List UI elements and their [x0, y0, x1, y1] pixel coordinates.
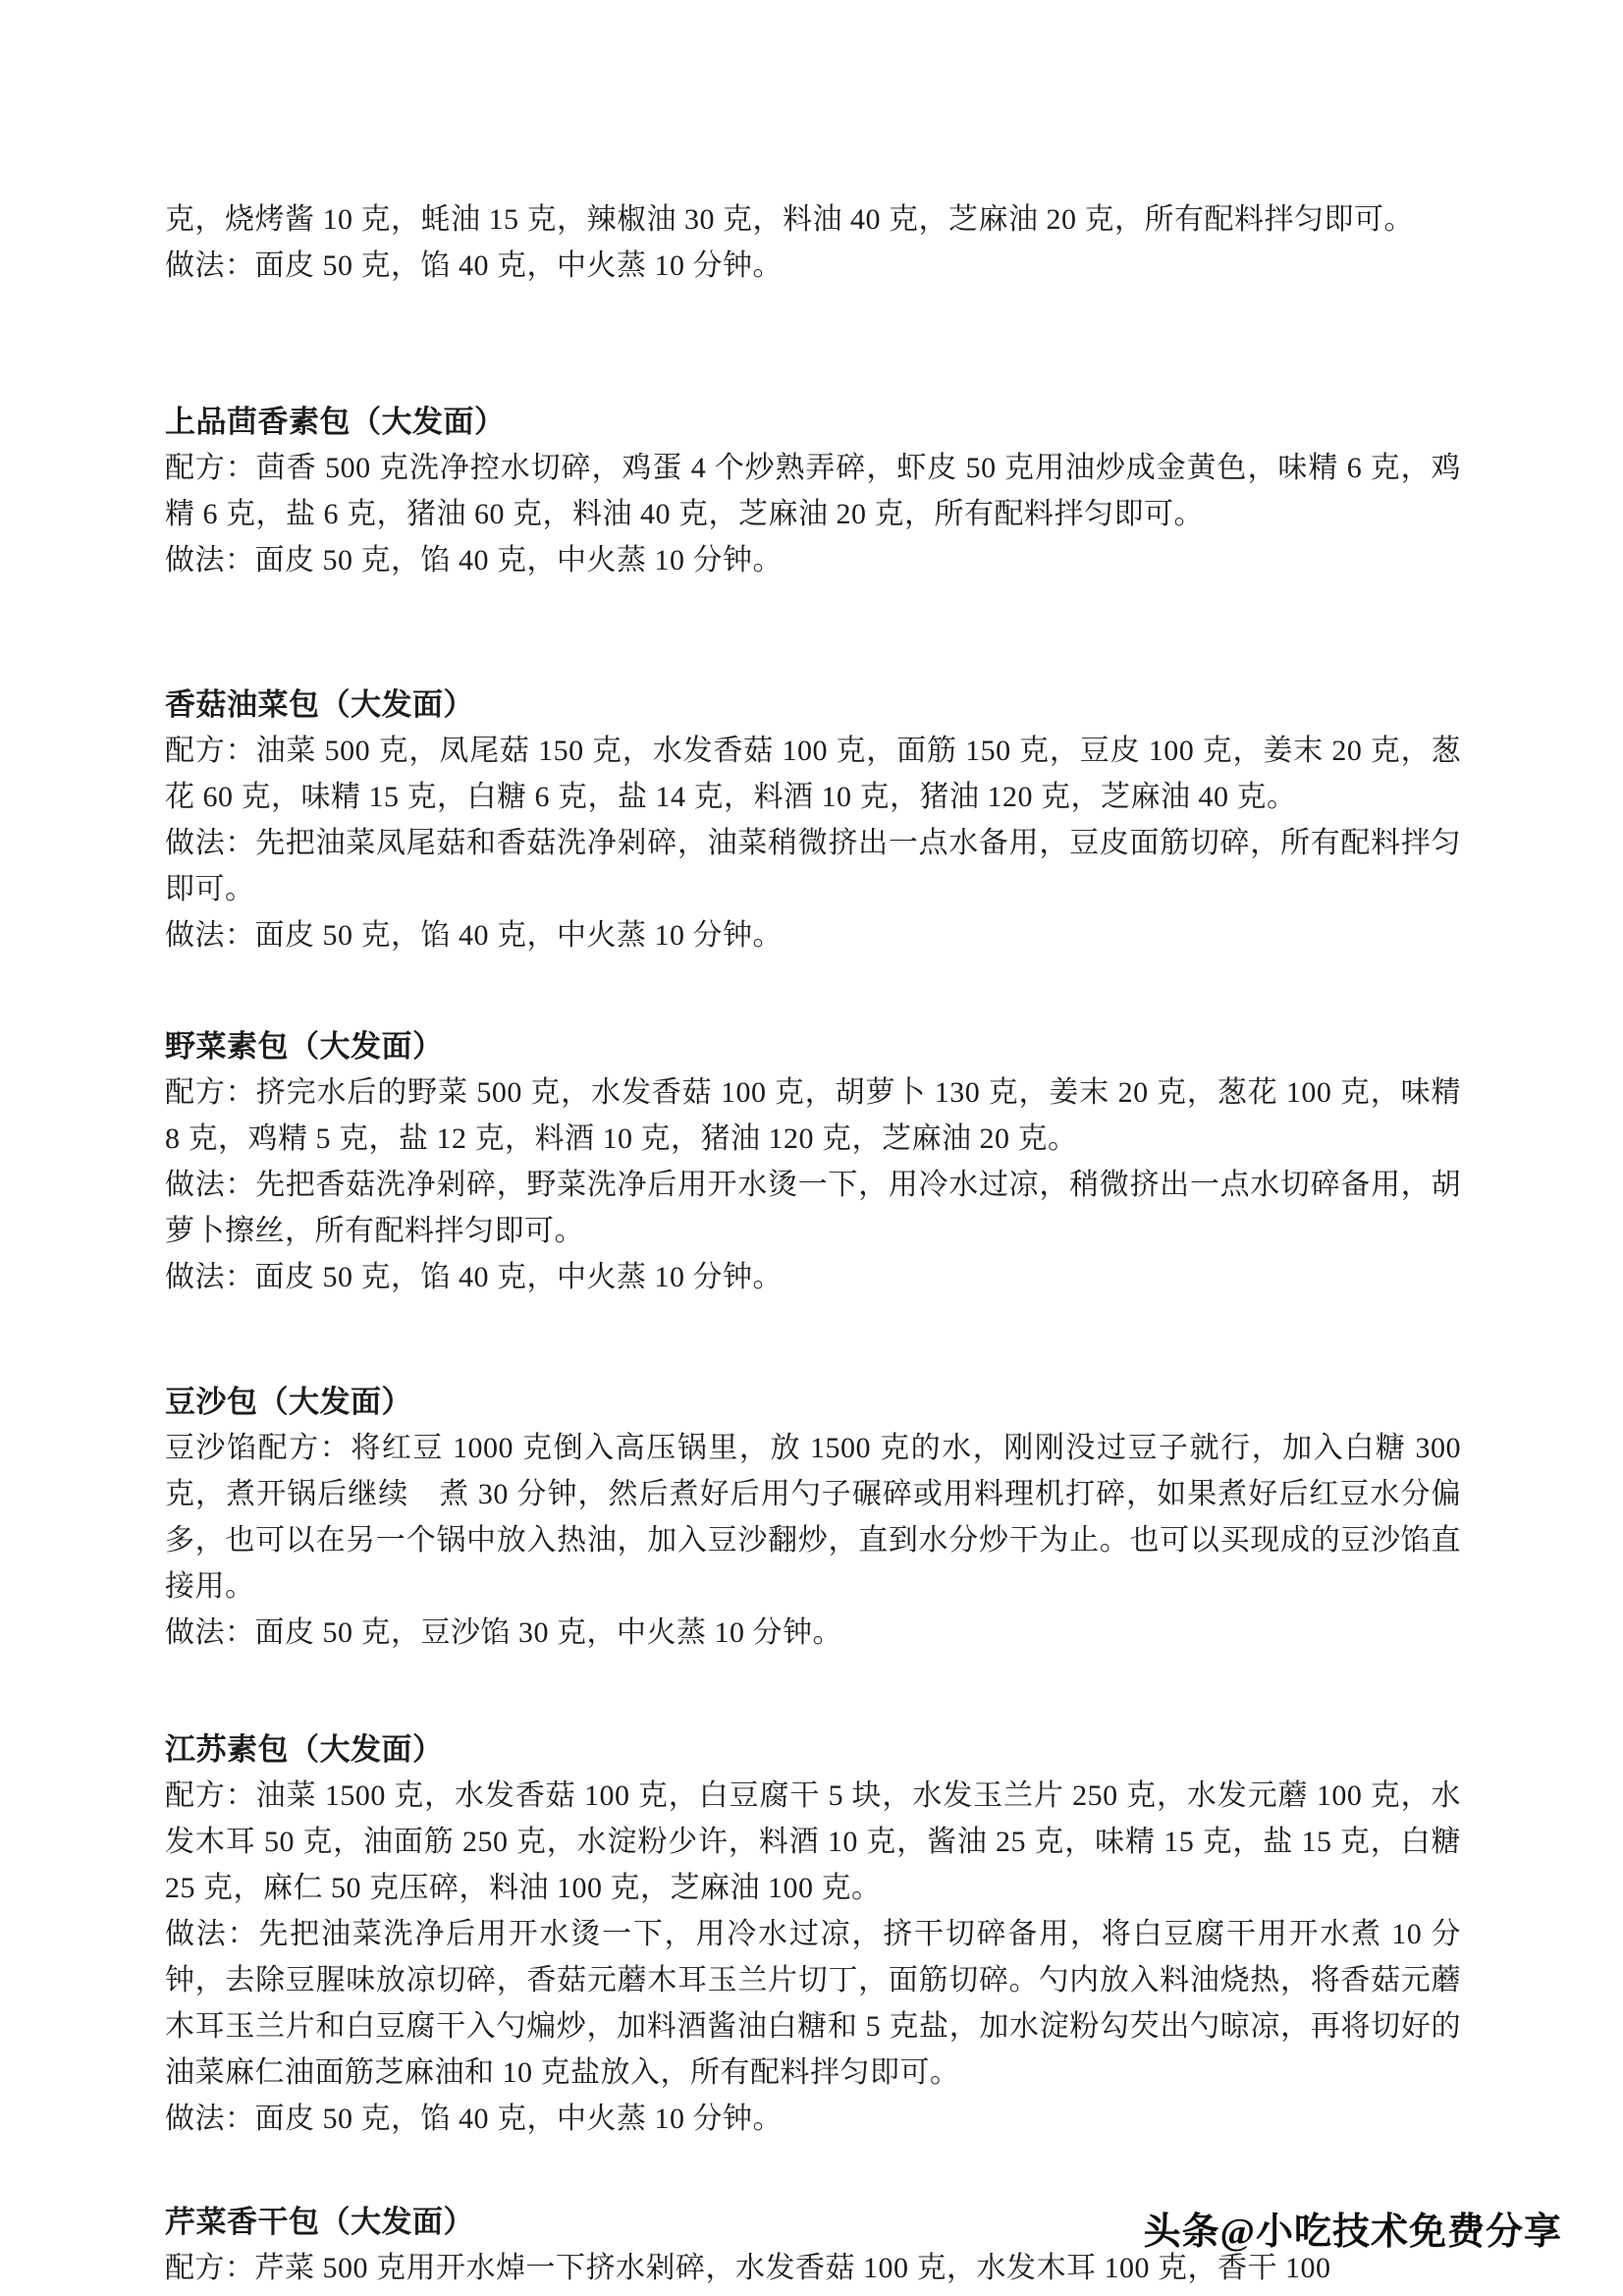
continuation-block: 克，烧烤酱 10 克，蚝油 15 克，辣椒油 30 克，料油 40 克，芝麻油 …: [165, 196, 1461, 289]
document-page: 克，烧烤酱 10 克，蚝油 15 克，辣椒油 30 克，料油 40 克，芝麻油 …: [0, 0, 1623, 2296]
recipe-paragraph: 做法：先把油菜凤尾菇和香菇洗净剁碎，油菜稍微挤出一点水备用，豆皮面筋切碎，所有配…: [165, 820, 1461, 912]
recipe-section: 豆沙包（大发面）豆沙馅配方：将红豆 1000 克倒入高压锅里，放 1500 克的…: [165, 1379, 1461, 1656]
recipe-paragraph: 做法：面皮 50 克，馅 40 克，中火蒸 10 分钟。: [165, 912, 1461, 958]
recipe-paragraph: 做法：先把油菜洗净后用开水烫一下，用冷水过凉，挤干切碎备用，将白豆腐干用开水煮 …: [165, 1911, 1461, 2096]
recipe-list: 上品茴香素包（大发面）配方：茴香 500 克洗净控水切碎，鸡蛋 4 个炒熟弄碎，…: [165, 399, 1461, 2291]
recipe-paragraph: 做法：面皮 50 克，馅 40 克，中火蒸 10 分钟。: [165, 537, 1461, 583]
recipe-paragraph: 做法：先把香菇洗净剁碎，野菜洗净后用开水烫一下，用冷水过凉，稍微挤出一点水切碎备…: [165, 1162, 1461, 1254]
recipe-paragraph: 豆沙馅配方：将红豆 1000 克倒入高压锅里，放 1500 克的水，刚刚没过豆子…: [165, 1425, 1461, 1610]
continuation-paragraph: 做法：面皮 50 克，馅 40 克，中火蒸 10 分钟。: [165, 243, 1461, 289]
recipe-title: 江苏素包（大发面）: [165, 1726, 1461, 1773]
watermark: 头条@小吃技术免费分享: [1144, 2201, 1562, 2255]
recipe-title: 上品茴香素包（大发面）: [165, 399, 1461, 445]
recipe-paragraph: 配方：油菜 500 克，凤尾菇 150 克，水发香菇 100 克，面筋 150 …: [165, 728, 1461, 820]
document-content: 克，烧烤酱 10 克，蚝油 15 克，辣椒油 30 克，料油 40 克，芝麻油 …: [165, 196, 1461, 2291]
recipe-paragraph: 做法：面皮 50 克，豆沙馅 30 克，中火蒸 10 分钟。: [165, 1610, 1461, 1656]
recipe-paragraph: 做法：面皮 50 克，馅 40 克，中火蒸 10 分钟。: [165, 2096, 1461, 2142]
recipe-section: 野菜素包（大发面）配方：挤完水后的野菜 500 克，水发香菇 100 克，胡萝卜…: [165, 1023, 1461, 1300]
recipe-paragraph: 做法：面皮 50 克，馅 40 克，中火蒸 10 分钟。: [165, 1254, 1461, 1300]
recipe-paragraph: 配方：油菜 1500 克，水发香菇 100 克，白豆腐干 5 块，水发玉兰片 2…: [165, 1773, 1461, 1911]
recipe-section: 香菇油菜包（大发面）配方：油菜 500 克，凤尾菇 150 克，水发香菇 100…: [165, 682, 1461, 958]
recipe-section: 上品茴香素包（大发面）配方：茴香 500 克洗净控水切碎，鸡蛋 4 个炒熟弄碎，…: [165, 399, 1461, 583]
recipe-title: 野菜素包（大发面）: [165, 1023, 1461, 1069]
recipe-title: 香菇油菜包（大发面）: [165, 682, 1461, 728]
recipe-section: 江苏素包（大发面）配方：油菜 1500 克，水发香菇 100 克，白豆腐干 5 …: [165, 1726, 1461, 2142]
recipe-title: 豆沙包（大发面）: [165, 1379, 1461, 1425]
recipe-paragraph: 配方：茴香 500 克洗净控水切碎，鸡蛋 4 个炒熟弄碎，虾皮 50 克用油炒成…: [165, 445, 1461, 537]
recipe-paragraph: 配方：挤完水后的野菜 500 克，水发香菇 100 克，胡萝卜 130 克，姜末…: [165, 1069, 1461, 1162]
continuation-paragraph: 克，烧烤酱 10 克，蚝油 15 克，辣椒油 30 克，料油 40 克，芝麻油 …: [165, 196, 1461, 243]
